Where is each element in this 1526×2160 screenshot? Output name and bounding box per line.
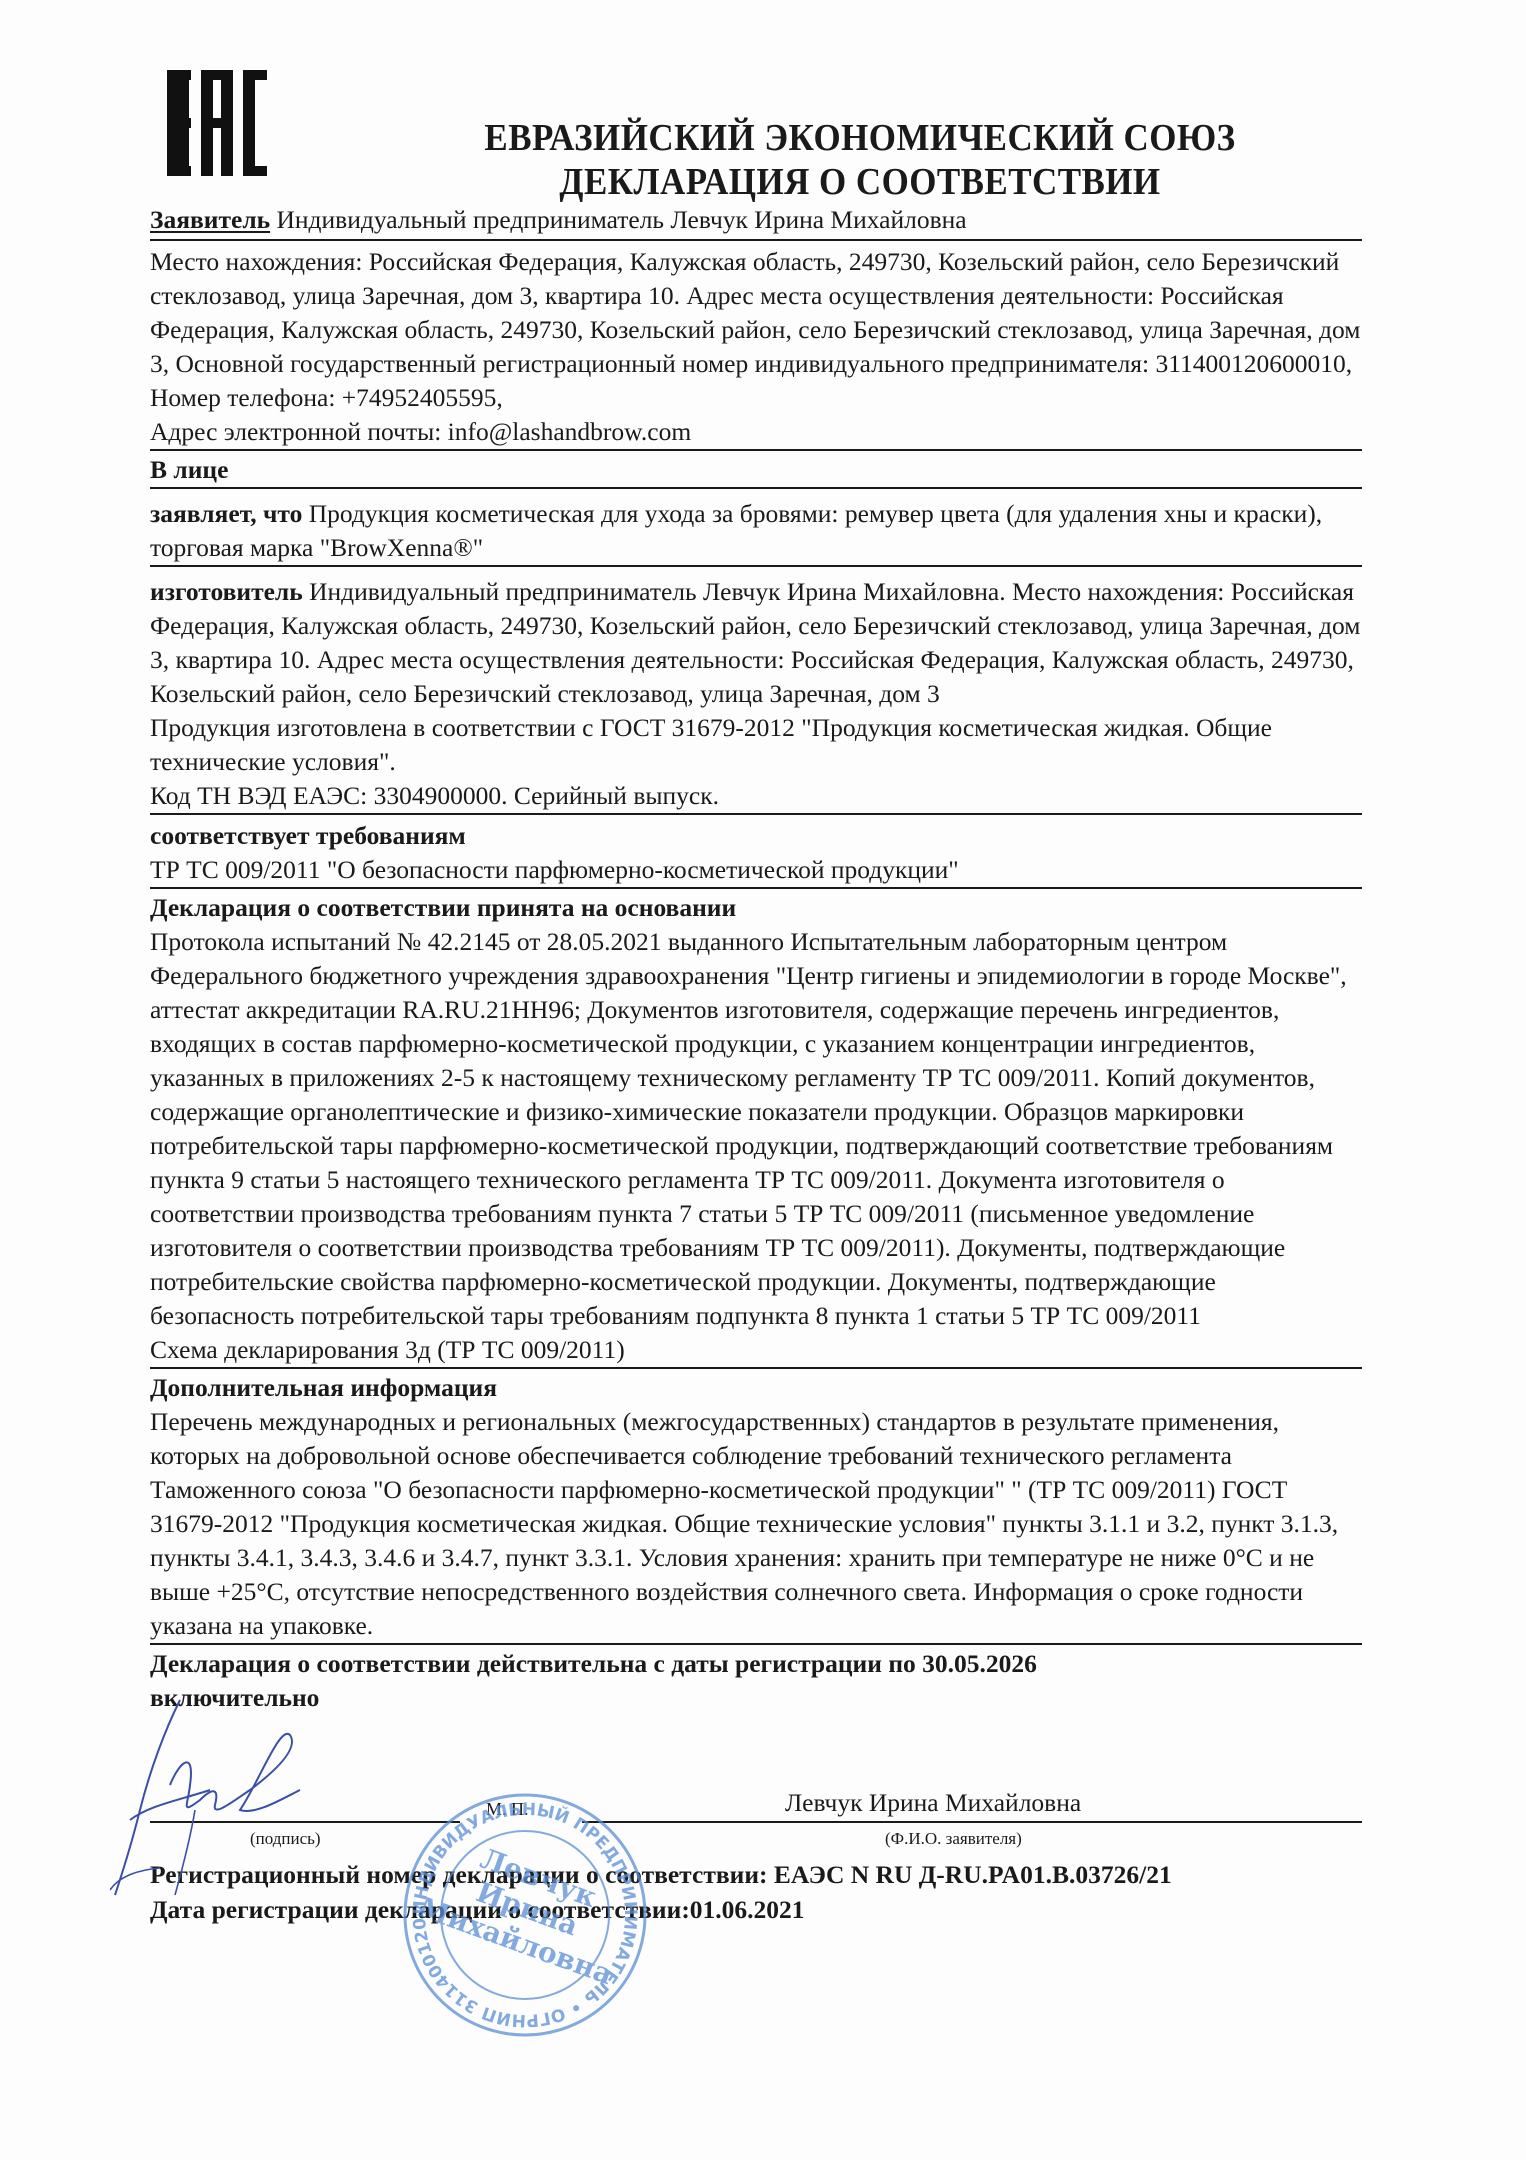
applicant-address: Место нахождения: Российская Федерация, … xyxy=(150,241,1362,451)
eac-mark-icon xyxy=(167,70,267,176)
manufacturer-label: изготовитель xyxy=(150,577,303,606)
declaration-page: ЕВРАЗИЙСКИЙ ЭКОНОМИЧЕСКИЙ СОЮЗ ДЕКЛАРАЦИ… xyxy=(0,0,1526,2160)
validity-block: Декларация о соответствии действительна … xyxy=(150,1645,1150,1715)
applicant-email: Адрес электронной почты: info@lashandbro… xyxy=(150,415,1362,449)
complies-label: соответствует требованиям xyxy=(150,819,1362,853)
basis-text: Протокола испытаний № 42.2145 от 28.05.2… xyxy=(150,925,1362,1333)
validity-text: Декларация о соответствии действительна … xyxy=(150,1647,1150,1715)
declares-row: заявляет, что Продукция косметическая дл… xyxy=(150,489,1362,567)
additional-info-label: Дополнительная информация xyxy=(150,1371,1362,1405)
applicant-address-text: Место нахождения: Российская Федерация, … xyxy=(150,245,1362,415)
applicant-label: Заявитель xyxy=(150,205,270,234)
manufacturing-standard: Продукция изготовлена в соответствии с Г… xyxy=(150,711,1362,779)
manufacturer-block: изготовитель Индивидуальный предпринимат… xyxy=(150,567,1362,815)
manufacturer-value: Индивидуальный предприниматель Левчук Ир… xyxy=(150,577,1360,708)
signature-caption: (подпись) xyxy=(250,1829,321,1849)
in-person-label: В лице xyxy=(150,455,228,484)
declaration-body: Заявитель Индивидуальный предприниматель… xyxy=(150,203,1362,1715)
signature-line xyxy=(150,1821,460,1823)
additional-info-block: Дополнительная информация Перечень между… xyxy=(150,1369,1362,1645)
declares-label: заявляет, что xyxy=(150,499,302,528)
seal-place-label: М. П. xyxy=(486,1799,529,1820)
union-title: ЕВРАЗИЙСКИЙ ЭКОНОМИЧЕСКИЙ СОЮЗ xyxy=(345,116,1375,160)
complies-block: соответствует требованиям ТР ТС 009/2011… xyxy=(150,815,1362,889)
basis-label: Декларация о соответствии принята на осн… xyxy=(150,891,1362,925)
in-person-row: В лице xyxy=(150,451,1362,489)
basis-block: Декларация о соответствии принята на осн… xyxy=(150,889,1362,1369)
applicant-name-caption: (Ф.И.О. заявителя) xyxy=(885,1829,1022,1849)
document-title: ДЕКЛАРАЦИЯ О СООТВЕТСТВИИ xyxy=(345,160,1375,204)
registration-date: Дата регистрации декларации о соответств… xyxy=(150,1893,805,1927)
additional-info-text: Перечень международных и региональных (м… xyxy=(150,1405,1362,1643)
declaration-scheme: Схема декларирования 3д (ТР ТС 009/2011) xyxy=(150,1333,1362,1367)
registration-number: Регистрационный номер декларации о соотв… xyxy=(150,1858,1172,1892)
applicant-name: Левчук Ирина Михайловна xyxy=(785,1788,1081,1818)
applicant-value: Индивидуальный предприниматель Левчук Ир… xyxy=(276,205,966,234)
applicant-row: Заявитель Индивидуальный предприниматель… xyxy=(150,203,1362,241)
signature-row: М. П. Левчук Ирина Михайловна (подпись) … xyxy=(150,1785,1362,1865)
technical-regulation: ТР ТС 009/2011 "О безопасности парфюмерн… xyxy=(150,853,1362,887)
product-description: Продукция косметическая для ухода за бро… xyxy=(150,499,1322,562)
hs-code: Код ТН ВЭД ЕАЭС: 3304900000. Серийный вы… xyxy=(150,779,1362,813)
applicant-name-line xyxy=(582,1821,1362,1823)
